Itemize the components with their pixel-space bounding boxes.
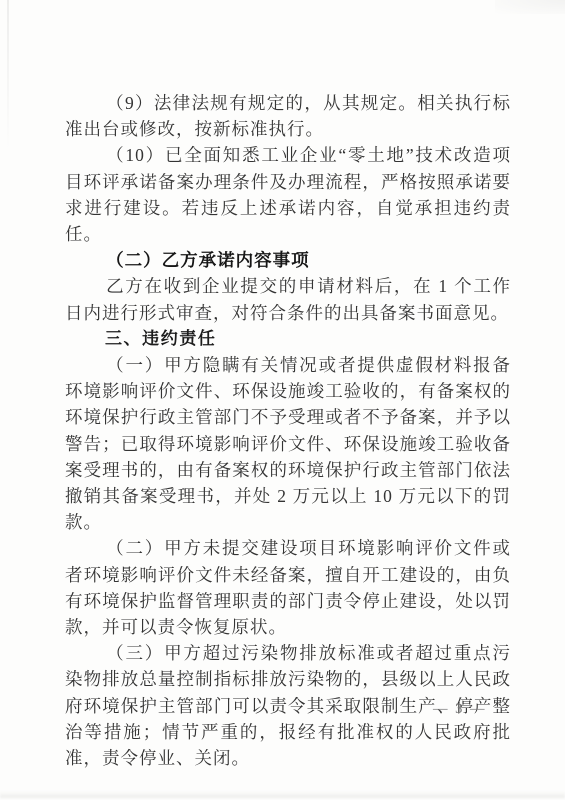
- clause-9-paragraph: （9）法律法规有规定的，从其规定。相关执行标准出台或修改，按新标准执行。: [65, 90, 511, 142]
- scan-shadow-artifact: [0, 791, 565, 798]
- breach-clause-1-paragraph: （一）甲方隐瞒有关情况或者提供虚假材料报备环境影响评价文件、环保设施竣工验收的，…: [65, 352, 511, 535]
- section-heading-party-b-commitments: （二）乙方承诺内容事项: [65, 247, 511, 273]
- document-page: （9）法律法规有规定的，从其规定。相关执行标准出台或修改，按新标准执行。 （10…: [0, 0, 565, 800]
- section-heading-breach-liability: 三、违约责任: [65, 326, 511, 352]
- page-number: — 3 —: [433, 701, 487, 718]
- breach-clause-2-paragraph: （二）甲方未提交建设项目环境影响评价文件或者环境影响评价文件未经备案，擅自开工建…: [65, 535, 511, 640]
- document-body: （9）法律法规有规定的，从其规定。相关执行标准出台或修改，按新标准执行。 （10…: [65, 90, 511, 771]
- clause-10-paragraph: （10）已全面知悉工业企业“零土地”技术改造项目环评承诺备案办理条件及办理流程，…: [65, 142, 511, 247]
- party-b-review-paragraph: 乙方在收到企业提交的申请材料后，在 1 个工作日内进行形式审查，对符合条件的出具…: [65, 273, 511, 325]
- scan-smudge-artifact: [495, 0, 565, 14]
- scan-edge-artifact: [7, 0, 9, 150]
